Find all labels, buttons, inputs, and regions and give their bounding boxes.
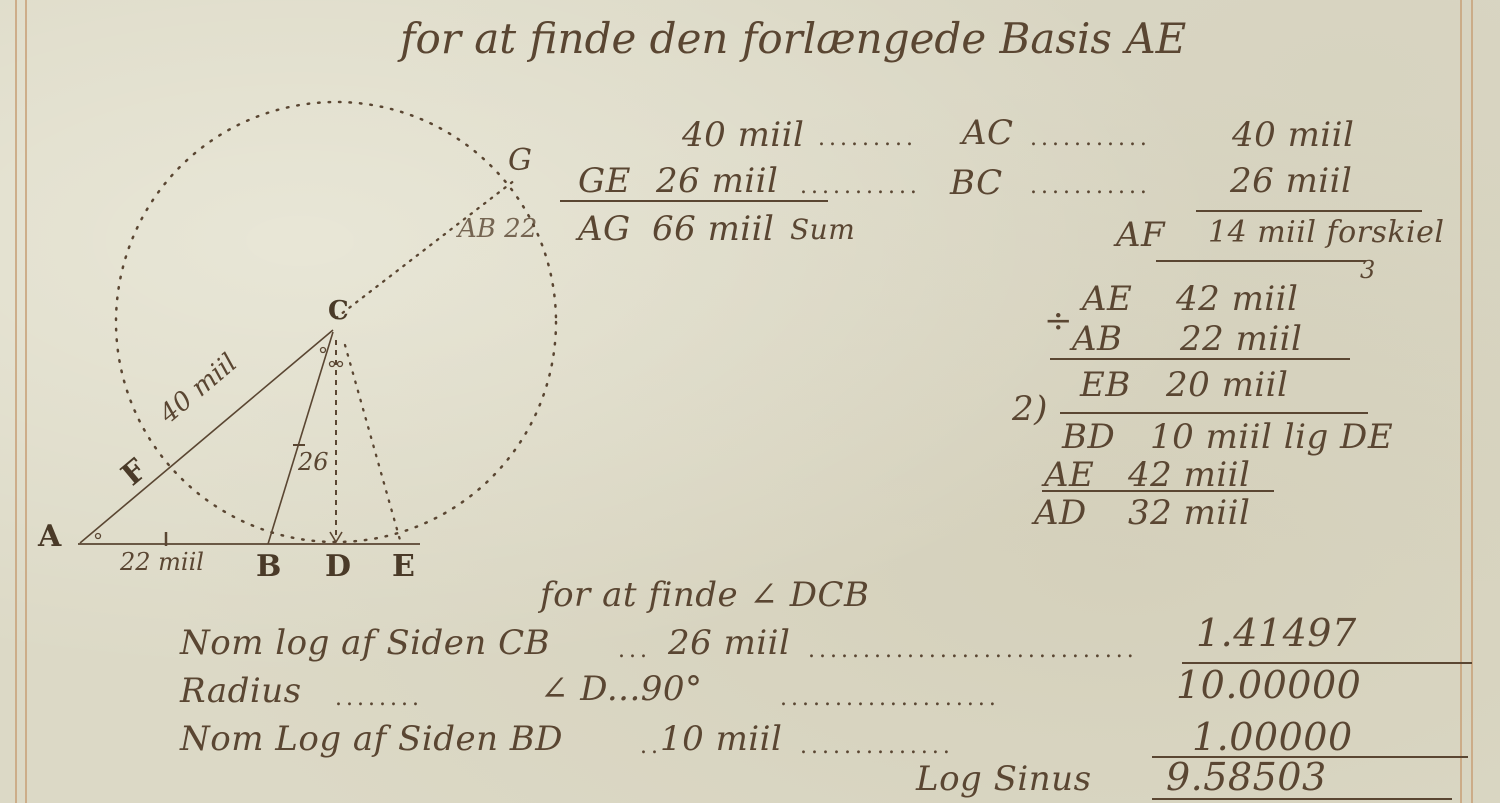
calc-left-row1-value: 40 miil xyxy=(682,118,804,152)
subtraction-difference-label: EB xyxy=(1080,368,1131,402)
calc-right-row1-dots: ........... xyxy=(1030,128,1151,150)
division-divisor: 2) xyxy=(1012,392,1048,426)
subtraction-subtrahend-label: AB xyxy=(1072,322,1123,356)
subtraction-minuend-value: 42 miil xyxy=(1176,282,1298,316)
log-row3-result: 1.00000 xyxy=(1192,718,1353,756)
log-row1-text: Nom log af Siden CB xyxy=(180,626,550,660)
point-label-G: G xyxy=(508,146,532,176)
log-row2-text: Radius xyxy=(180,674,302,708)
log-row1-result: 1.41497 xyxy=(1196,614,1357,652)
calc-left-sum-rule xyxy=(560,200,828,202)
calc-left-row2-label: BC xyxy=(950,166,1003,200)
point-label-C: C xyxy=(328,298,349,324)
line-CE-dotted xyxy=(345,345,400,540)
division-quotient-value: 10 miil lig DE xyxy=(1150,420,1393,454)
log-section-heading: for at finde ∠ DCB xyxy=(540,578,869,612)
angle-mark-A xyxy=(96,534,101,539)
final-AD-label: AD xyxy=(1034,496,1087,530)
line-CG-dotted xyxy=(336,180,515,318)
calc-right-af-label: AF xyxy=(1116,218,1165,252)
calc-left-row2-prefix: GE xyxy=(578,164,631,198)
calc-left-row1-label: AC xyxy=(962,116,1014,150)
calc-left-row2-dots: ........... xyxy=(800,176,921,198)
point-label-D: D xyxy=(325,552,351,582)
calc-right-af-mark: 3 xyxy=(1360,258,1375,282)
line-BC xyxy=(268,332,333,544)
log-row2-value: ∠ D...90° xyxy=(540,672,703,706)
calc-left-row2-value: 26 miil xyxy=(656,164,778,198)
log-row3-dots: .............. xyxy=(800,736,954,758)
final-AD-value: 32 miil xyxy=(1128,496,1250,530)
side-label-BC: 26 xyxy=(298,450,329,474)
subtraction-operator: ÷ xyxy=(1044,304,1073,338)
angle-mark-C-mid1 xyxy=(330,362,335,367)
log-row2-sep: ........ xyxy=(335,688,423,710)
point-label-E: E xyxy=(392,552,415,582)
log-row3-value: 10 miil xyxy=(660,722,782,756)
log-total-label: Log Sinus xyxy=(916,762,1092,796)
log-row3-text: Nom Log af Siden BD xyxy=(180,722,563,756)
calc-right-af-value: 14 miil forskiel xyxy=(1208,218,1445,248)
log-total-underline xyxy=(1152,798,1452,800)
point-label-A: A xyxy=(38,522,61,552)
calc-right-af-rule xyxy=(1156,260,1366,262)
annotation-near-G: AB 22 xyxy=(458,216,537,242)
calc-left-sum-label: AG xyxy=(578,212,631,246)
angle-mark-C-left xyxy=(321,348,326,353)
log-row2-result: 10.00000 xyxy=(1176,666,1361,704)
subtraction-difference-value: 20 miil xyxy=(1166,368,1288,402)
final-rule xyxy=(1042,490,1274,492)
calc-left-sum-value: 66 miil xyxy=(652,212,774,246)
final-AE-label: AE xyxy=(1044,458,1094,492)
calc-right-row2-value: 26 miil xyxy=(1230,164,1352,198)
calc-right-diff-rule xyxy=(1196,210,1422,212)
angle-mark-C-mid2 xyxy=(338,362,343,367)
calc-right-row1-value: 40 miil xyxy=(1232,118,1354,152)
calc-left-row1-dots: ......... xyxy=(818,128,917,150)
log-row1-dots: .............................. xyxy=(808,640,1138,662)
point-label-B: B xyxy=(256,552,281,582)
log-row1-value: 26 miil xyxy=(668,626,790,660)
log-row2-dots: .................... xyxy=(780,688,1000,710)
subtraction-subtrahend-value: 22 miil xyxy=(1180,322,1302,356)
subtraction-minuend-label: AE xyxy=(1082,282,1132,316)
subtraction-rule xyxy=(1050,358,1350,360)
calc-left-sum-suffix: Sum xyxy=(790,216,855,244)
side-label-AB: 22 miil xyxy=(120,550,204,574)
division-quotient-label: BD xyxy=(1062,420,1115,454)
final-AE-value: 42 miil xyxy=(1128,458,1250,492)
log-row1-sep: ... xyxy=(618,640,651,662)
log-row3-sep: .. xyxy=(640,736,662,758)
log-total-result: 9.58503 xyxy=(1166,758,1327,796)
calc-right-row2-dots: ........... xyxy=(1030,176,1151,198)
division-rule xyxy=(1060,412,1368,414)
